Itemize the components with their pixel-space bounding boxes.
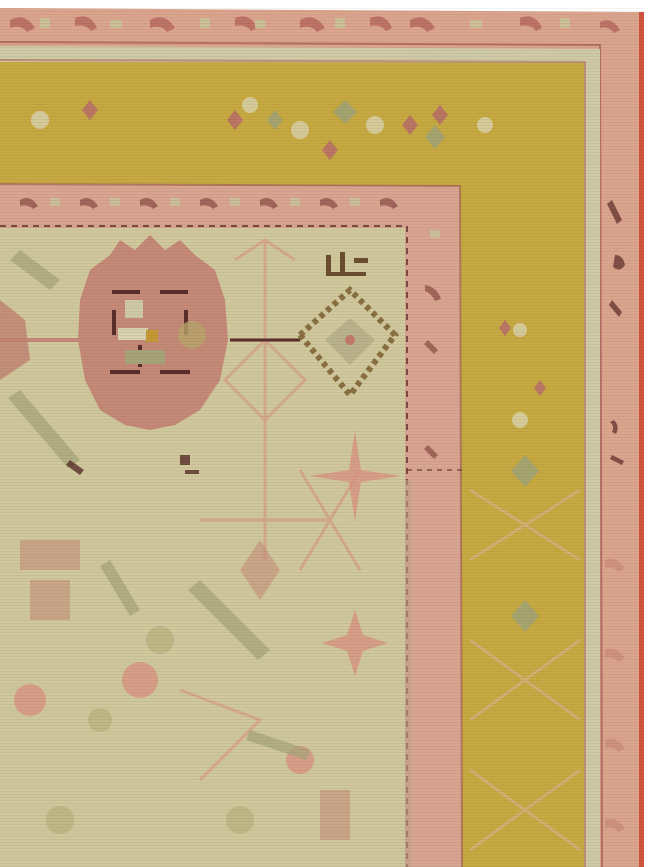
rug-photo: [0, 0, 650, 867]
